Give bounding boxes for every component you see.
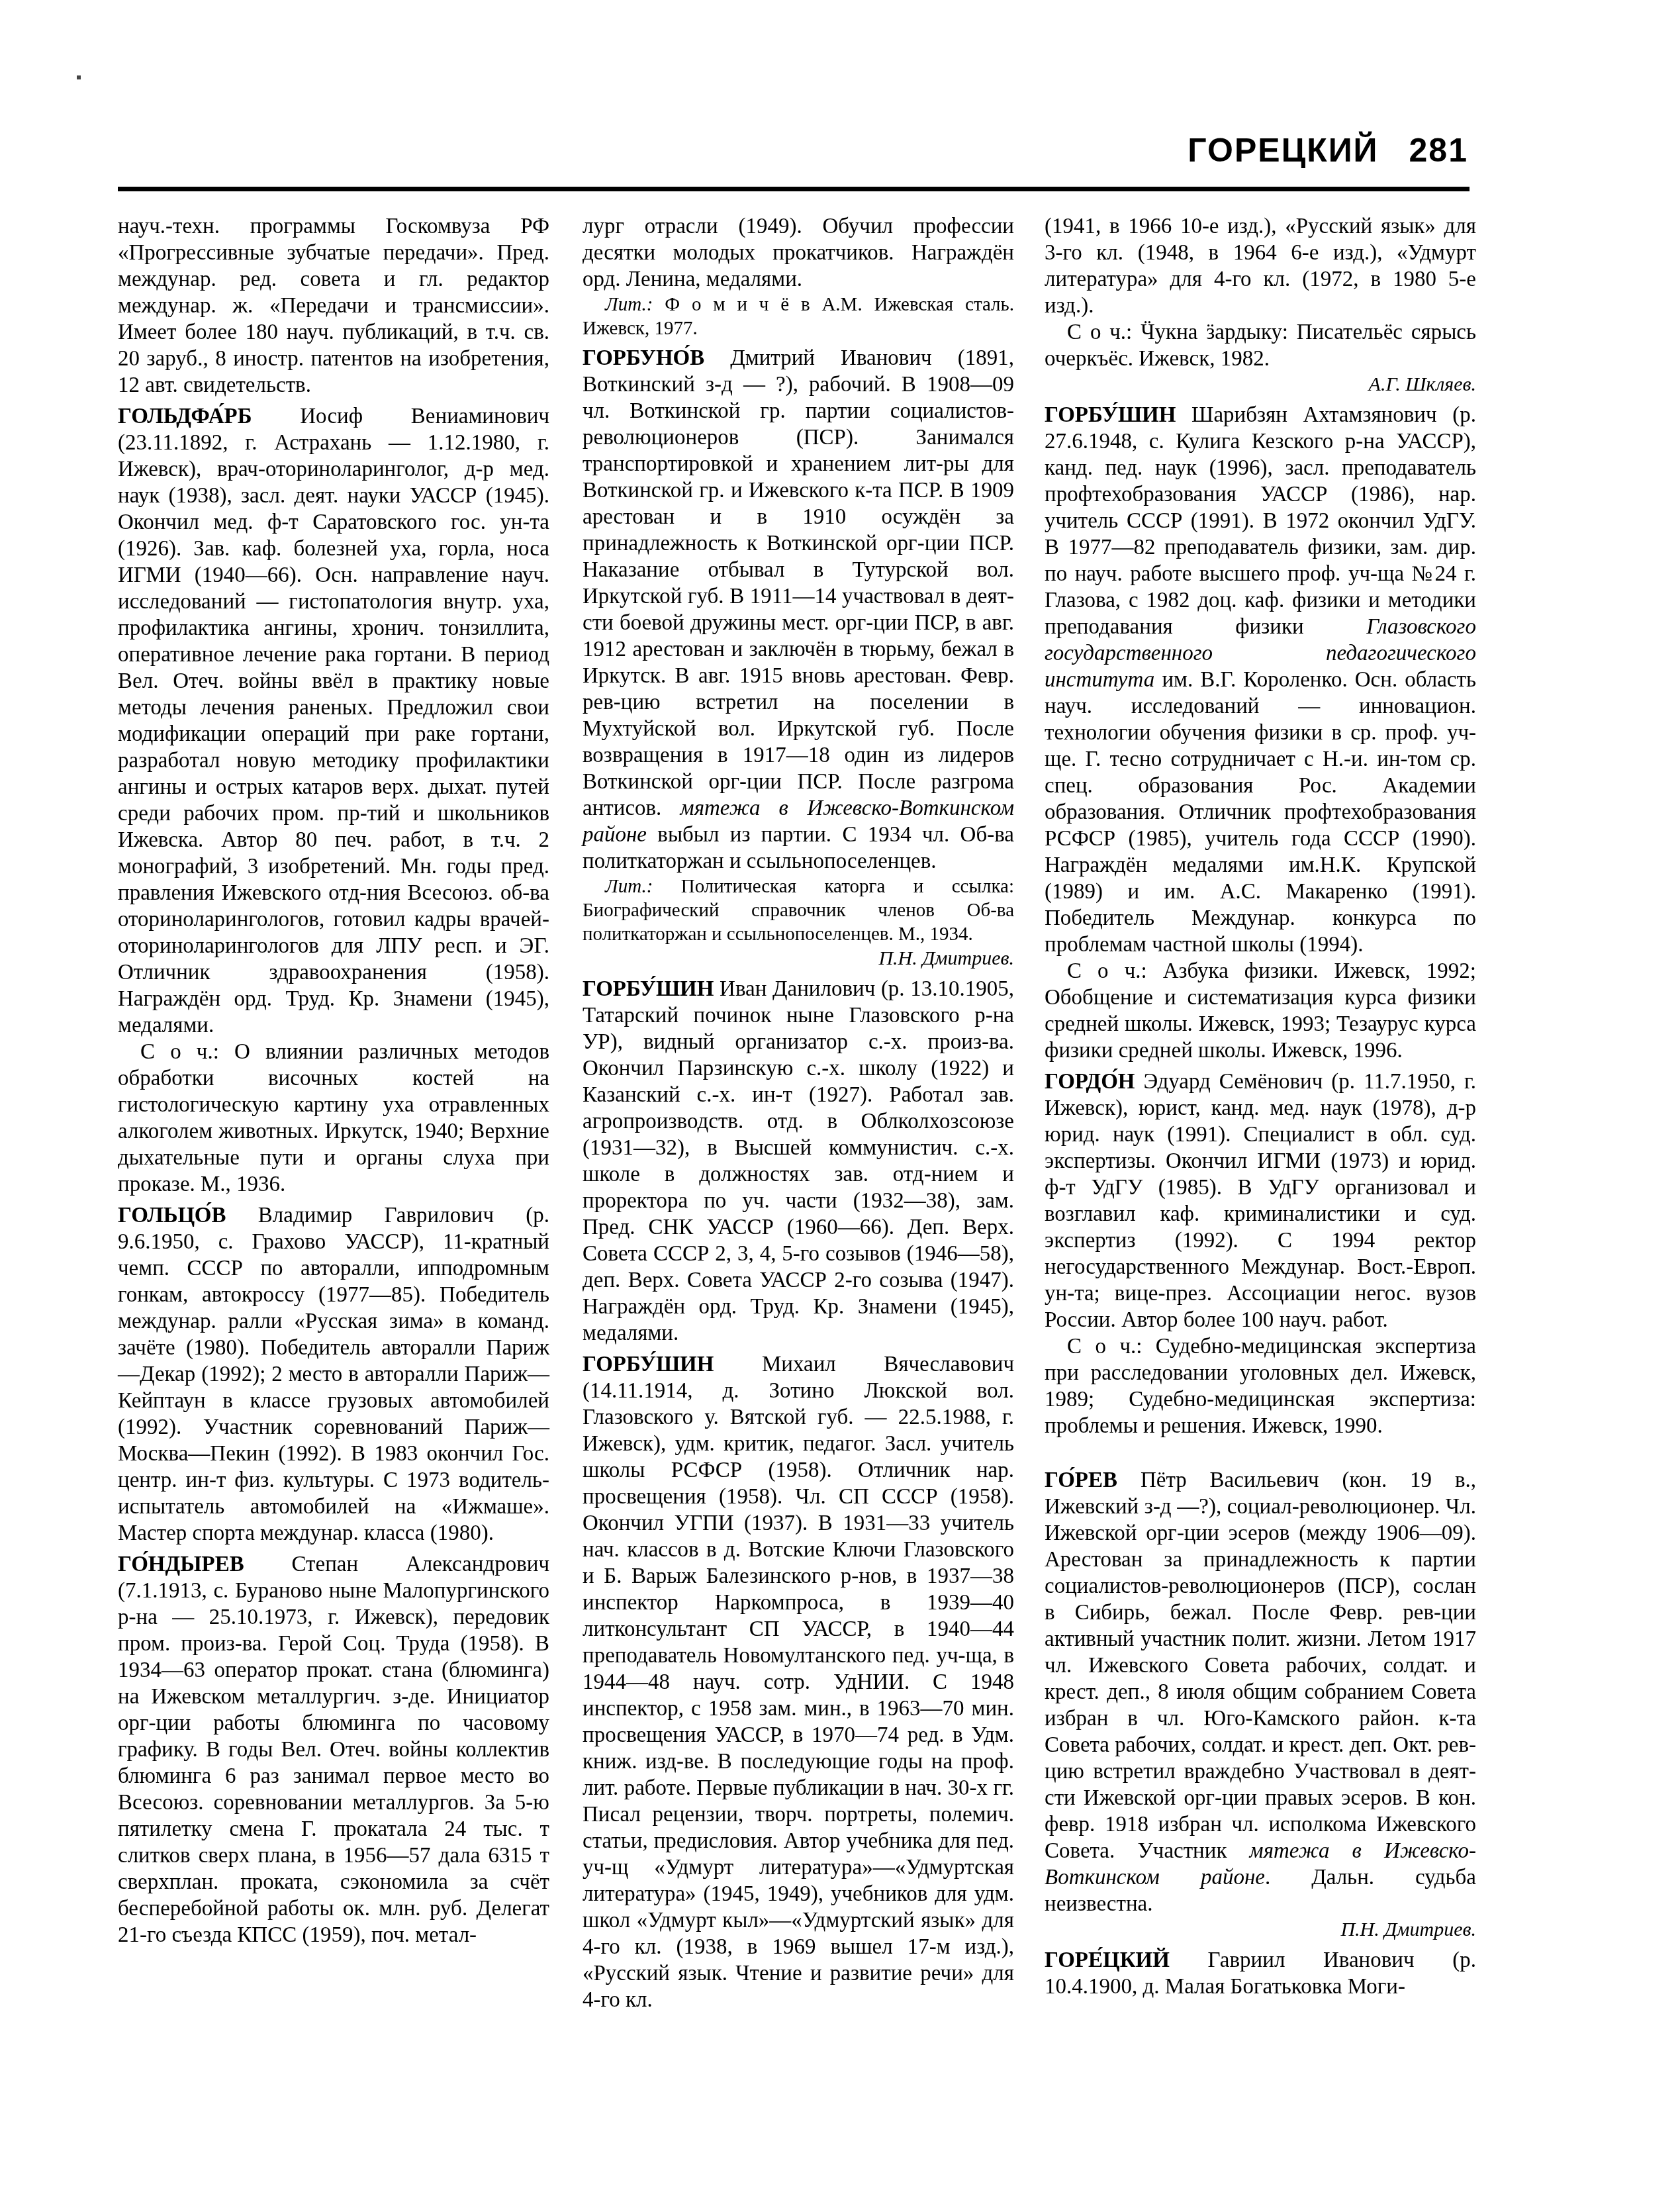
headword: ГОРБУ́ШИН [583, 1353, 714, 1376]
entry-paragraph: ГОРБУ́ШИН Шарибзян Ахтамзянович (р. 27.6… [1045, 402, 1476, 958]
headword: ГОРЕ́ЦКИЙ [1045, 1948, 1170, 1972]
entry-paragraph: ГО́НДЫРЕВ Степан Александрович (7.1.1913… [118, 1551, 549, 1948]
cont-paragraph: лург отрасли (1949). Обучил профессии де… [583, 213, 1014, 293]
text-run: П.Н. Дмитриев. [878, 947, 1014, 969]
text-run: Владимир Гаврилович (р. 9.6.1950, с. Гра… [118, 1204, 549, 1545]
lit-paragraph: Лит.: Ф о м и ч ё в А.М. Ижевская сталь.… [583, 293, 1014, 340]
text-run: С о ч.: Ӵукна ӟардыку: Писательёс сярысь… [1045, 320, 1476, 371]
entry-paragraph: ГОЛЬЦО́В Владимир Гаврилович (р. 9.6.195… [118, 1202, 549, 1547]
headword: ГОРДО́Н [1045, 1070, 1135, 1094]
text-run: С о ч.: О влиянии различных методов обра… [118, 1040, 549, 1196]
header-rule [118, 187, 1470, 191]
text-column-2: лург отрасли (1949). Обучил профессии де… [583, 213, 1014, 2013]
text-run: С о ч.: Судебно-медицинская экспертиза п… [1045, 1335, 1476, 1438]
entry-paragraph: ГОРЕ́ЦКИЙ Гавриил Иванович (р. 10.4.1900… [1045, 1947, 1476, 2000]
headword: ГОЛЬДФА́РБ [118, 405, 252, 428]
text-run: Иосиф Вениаминович (23.11.1892, г. Астра… [118, 405, 549, 1037]
encyclopedia-page: ГОРЕЦКИЙ281 науч.-техн. программы Госком… [0, 0, 1680, 2190]
running-head: ГОРЕЦКИЙ281 [118, 131, 1468, 169]
works-paragraph: С о ч.: Ӵукна ӟардыку: Писательёс сярысь… [1045, 319, 1476, 372]
text-run: А.Г. Шкляев. [1369, 373, 1476, 395]
text-run: С о ч.: Азбука физики. Ижевск, 1992; Обо… [1045, 959, 1476, 1063]
works-paragraph: С о ч.: Азбука физики. Ижевск, 1992; Обо… [1045, 958, 1476, 1064]
headword: ГОРБУ́ШИН [583, 977, 714, 1001]
text-run: (1941, в 1966 10-е изд.), «Русский язык»… [1045, 214, 1476, 318]
works-paragraph: С о ч.: Судебно-медицинская экспертиза п… [1045, 1333, 1476, 1439]
text-column-1: науч.-техн. программы Госкомвуза РФ «Про… [118, 213, 549, 1948]
text-run: им. В.Г. Короленко. Осн. область науч. и… [1045, 668, 1476, 957]
text-run: Шарибзян Ахтамзянович (р. 27.6.1948, с. … [1045, 403, 1476, 639]
text-run: выбыл из партии. С 1934 чл. Об-ва политк… [583, 823, 1014, 873]
lit-paragraph: Лит.: Политическая каторга и ссылка: Био… [583, 875, 1014, 946]
entry-paragraph: ГОРБУНО́В Дмитрий Иванович (1891, Воткин… [583, 345, 1014, 875]
headword: ГО́РЕВ [1045, 1468, 1117, 1492]
text-run: Дмитрий Иванович (1891, Воткинский з-д —… [583, 346, 1014, 820]
entry-paragraph: ГОЛЬДФА́РБ Иосиф Вениаминович (23.11.189… [118, 403, 549, 1039]
headword: ГОРБУНО́В [583, 346, 704, 370]
italic-run: Лит.: [605, 876, 681, 897]
text-run: Эдуард Семёнович (р. 11.7.1950, г. Ижевс… [1045, 1070, 1476, 1332]
scan-artifact-dot [77, 75, 81, 79]
headword: ГОРБУ́ШИН [1045, 403, 1176, 427]
text-run: Пётр Васильевич (кон. 19 в., Ижевский з-… [1045, 1468, 1476, 1863]
works-paragraph: С о ч.: О влиянии различных методов обра… [118, 1039, 549, 1198]
text-run: П.Н. Дмитриев. [1340, 1919, 1476, 1940]
entry-paragraph: ГОРДО́Н Эдуард Семёнович (р. 11.7.1950, … [1045, 1069, 1476, 1333]
cont-paragraph: науч.-техн. программы Госкомвуза РФ «Про… [118, 213, 549, 399]
entry-paragraph: ГО́РЕВ Пётр Васильевич (кон. 19 в., Ижев… [1045, 1467, 1476, 1917]
running-head-title: ГОРЕЦКИЙ [1188, 132, 1378, 169]
text-run: Степан Александрович (7.1.1913, с. Буран… [118, 1552, 549, 1947]
headword: ГО́НДЫРЕВ [118, 1552, 244, 1576]
text-run: лург отрасли (1949). Обучил профессии де… [583, 214, 1014, 291]
headword: ГОЛЬЦО́В [118, 1204, 226, 1227]
sig-paragraph: А.Г. Шкляев. [1045, 372, 1476, 397]
text-run: науч.-техн. программы Госкомвуза РФ «Про… [118, 214, 549, 397]
page-number: 281 [1409, 132, 1468, 169]
text-run: Михаил Вячеславович (14.11.1914, д. Зоти… [583, 1353, 1014, 2012]
text-column-3: (1941, в 1966 10-е изд.), «Русский язык»… [1045, 213, 1476, 2000]
italic-run: Лит.: [605, 294, 665, 315]
cont-paragraph: (1941, в 1966 10-е изд.), «Русский язык»… [1045, 213, 1476, 319]
entry-paragraph: ГОРБУ́ШИН Михаил Вячеславович (14.11.191… [583, 1351, 1014, 2013]
entry-paragraph: ГОРБУ́ШИН Иван Данилович (р. 13.10.1905,… [583, 976, 1014, 1347]
sig-paragraph: П.Н. Дмитриев. [583, 946, 1014, 971]
text-run: Иван Данилович (р. 13.10.1905, Татарский… [583, 977, 1014, 1345]
sig-paragraph: П.Н. Дмитриев. [1045, 1917, 1476, 1942]
